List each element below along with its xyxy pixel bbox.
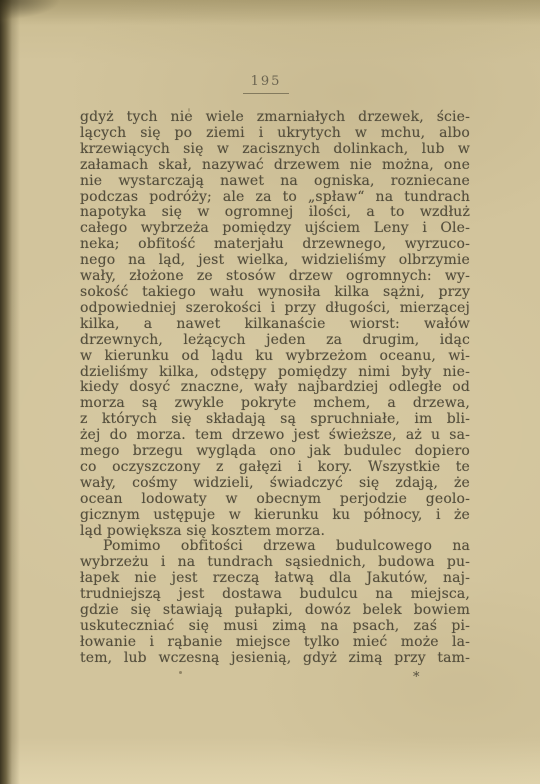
- text-line: całego wybrzeża pomiędzy ujściem Leny i …: [80, 221, 470, 237]
- text-line: nego na ląd, jest wielka, widzieliśmy ol…: [80, 253, 470, 269]
- text-line: co oczyszczony z gałęzi i kory. Wszystki…: [80, 460, 470, 476]
- text-line: trudniejszą jest dostawa budulcu na miej…: [80, 587, 470, 603]
- text-line: nie wystarczają nawet na ogniska, roznie…: [80, 174, 470, 190]
- book-page: 195 gdyż tych nie wiele zmarniałych drze…: [0, 0, 540, 784]
- text-line: gicznym ustępuje w kierunku ku północy, …: [80, 508, 470, 524]
- page-number: 195: [243, 74, 289, 94]
- text-line: łowanie i rąbanie miejsce tylko mieć moż…: [80, 635, 470, 651]
- text-line: napotyka się w ogromnej ilości, a to wzd…: [80, 205, 470, 221]
- text-line: tem, lub wczesną jesienią, gdyż zimą prz…: [80, 651, 470, 667]
- text-line: krzewiących się w zacisznych dolinkach, …: [80, 142, 470, 158]
- text-line: łapek nie jest rzeczą łatwą dla Jakutów,…: [80, 571, 470, 587]
- paper-speck: [188, 108, 190, 112]
- text-line: wały, cośmy widzieli, świadczyć się zdaj…: [80, 476, 470, 492]
- text-line: gdzie się stawiają pułapki, dowóz belek …: [80, 603, 470, 619]
- book-spine-shadow: [0, 0, 20, 784]
- text-line: mego brzegu wygląda ono jak budulec dopi…: [80, 444, 470, 460]
- text-line: w kierunku od lądu ku wybrzeżom oceanu, …: [80, 349, 470, 365]
- text-line: kilka, a nawet kilkanaście wiorst: wałów: [80, 317, 470, 333]
- text-line: neka; obfitość materjału drzewnego, wyrz…: [80, 237, 470, 253]
- paper-speck: [179, 671, 182, 674]
- text-line: Pomimo obfitości drzewa budulcowego na: [80, 539, 470, 555]
- text-line: sokość takiego wału wynosiła kilka sążni…: [80, 285, 470, 301]
- text-block: gdyż tych nie wiele zmarniałych drzewek,…: [80, 110, 470, 667]
- text-line: gdyż tych nie wiele zmarniałych drzewek,…: [80, 110, 470, 126]
- text-line: żej do morza. tem drzewo jest świeższe, …: [80, 428, 470, 444]
- text-line: drzewnych, leżących jeden za drugim, idą…: [80, 333, 470, 349]
- text-line: lących się po ziemi i ukrytych w mchu, a…: [80, 126, 470, 142]
- text-line: ocean lodowaty w obecnym perjodzie geolo…: [80, 492, 470, 508]
- page-corner-shading: [0, 0, 90, 34]
- footnote-asterisk: *: [413, 670, 420, 685]
- text-line: odpowiedniej szerokości i przy długości,…: [80, 301, 470, 317]
- text-line: wybrzeżu i na tundrach sąsiednich, budow…: [80, 555, 470, 571]
- text-line: wały, złożone ze stosów drzew ogromnych:…: [80, 269, 470, 285]
- text-line: kiedy dosyć znaczne, wały najbardziej od…: [80, 380, 470, 396]
- text-line: załamach skał, nazywać drzewem nie można…: [80, 158, 470, 174]
- text-line: morza są zwykle pokryte mchem, a drzewa,: [80, 396, 470, 412]
- text-line: uskuteczniać się musi zimą na psach, zaś…: [80, 619, 470, 635]
- text-line: z których się składają są spruchniałe, i…: [80, 412, 470, 428]
